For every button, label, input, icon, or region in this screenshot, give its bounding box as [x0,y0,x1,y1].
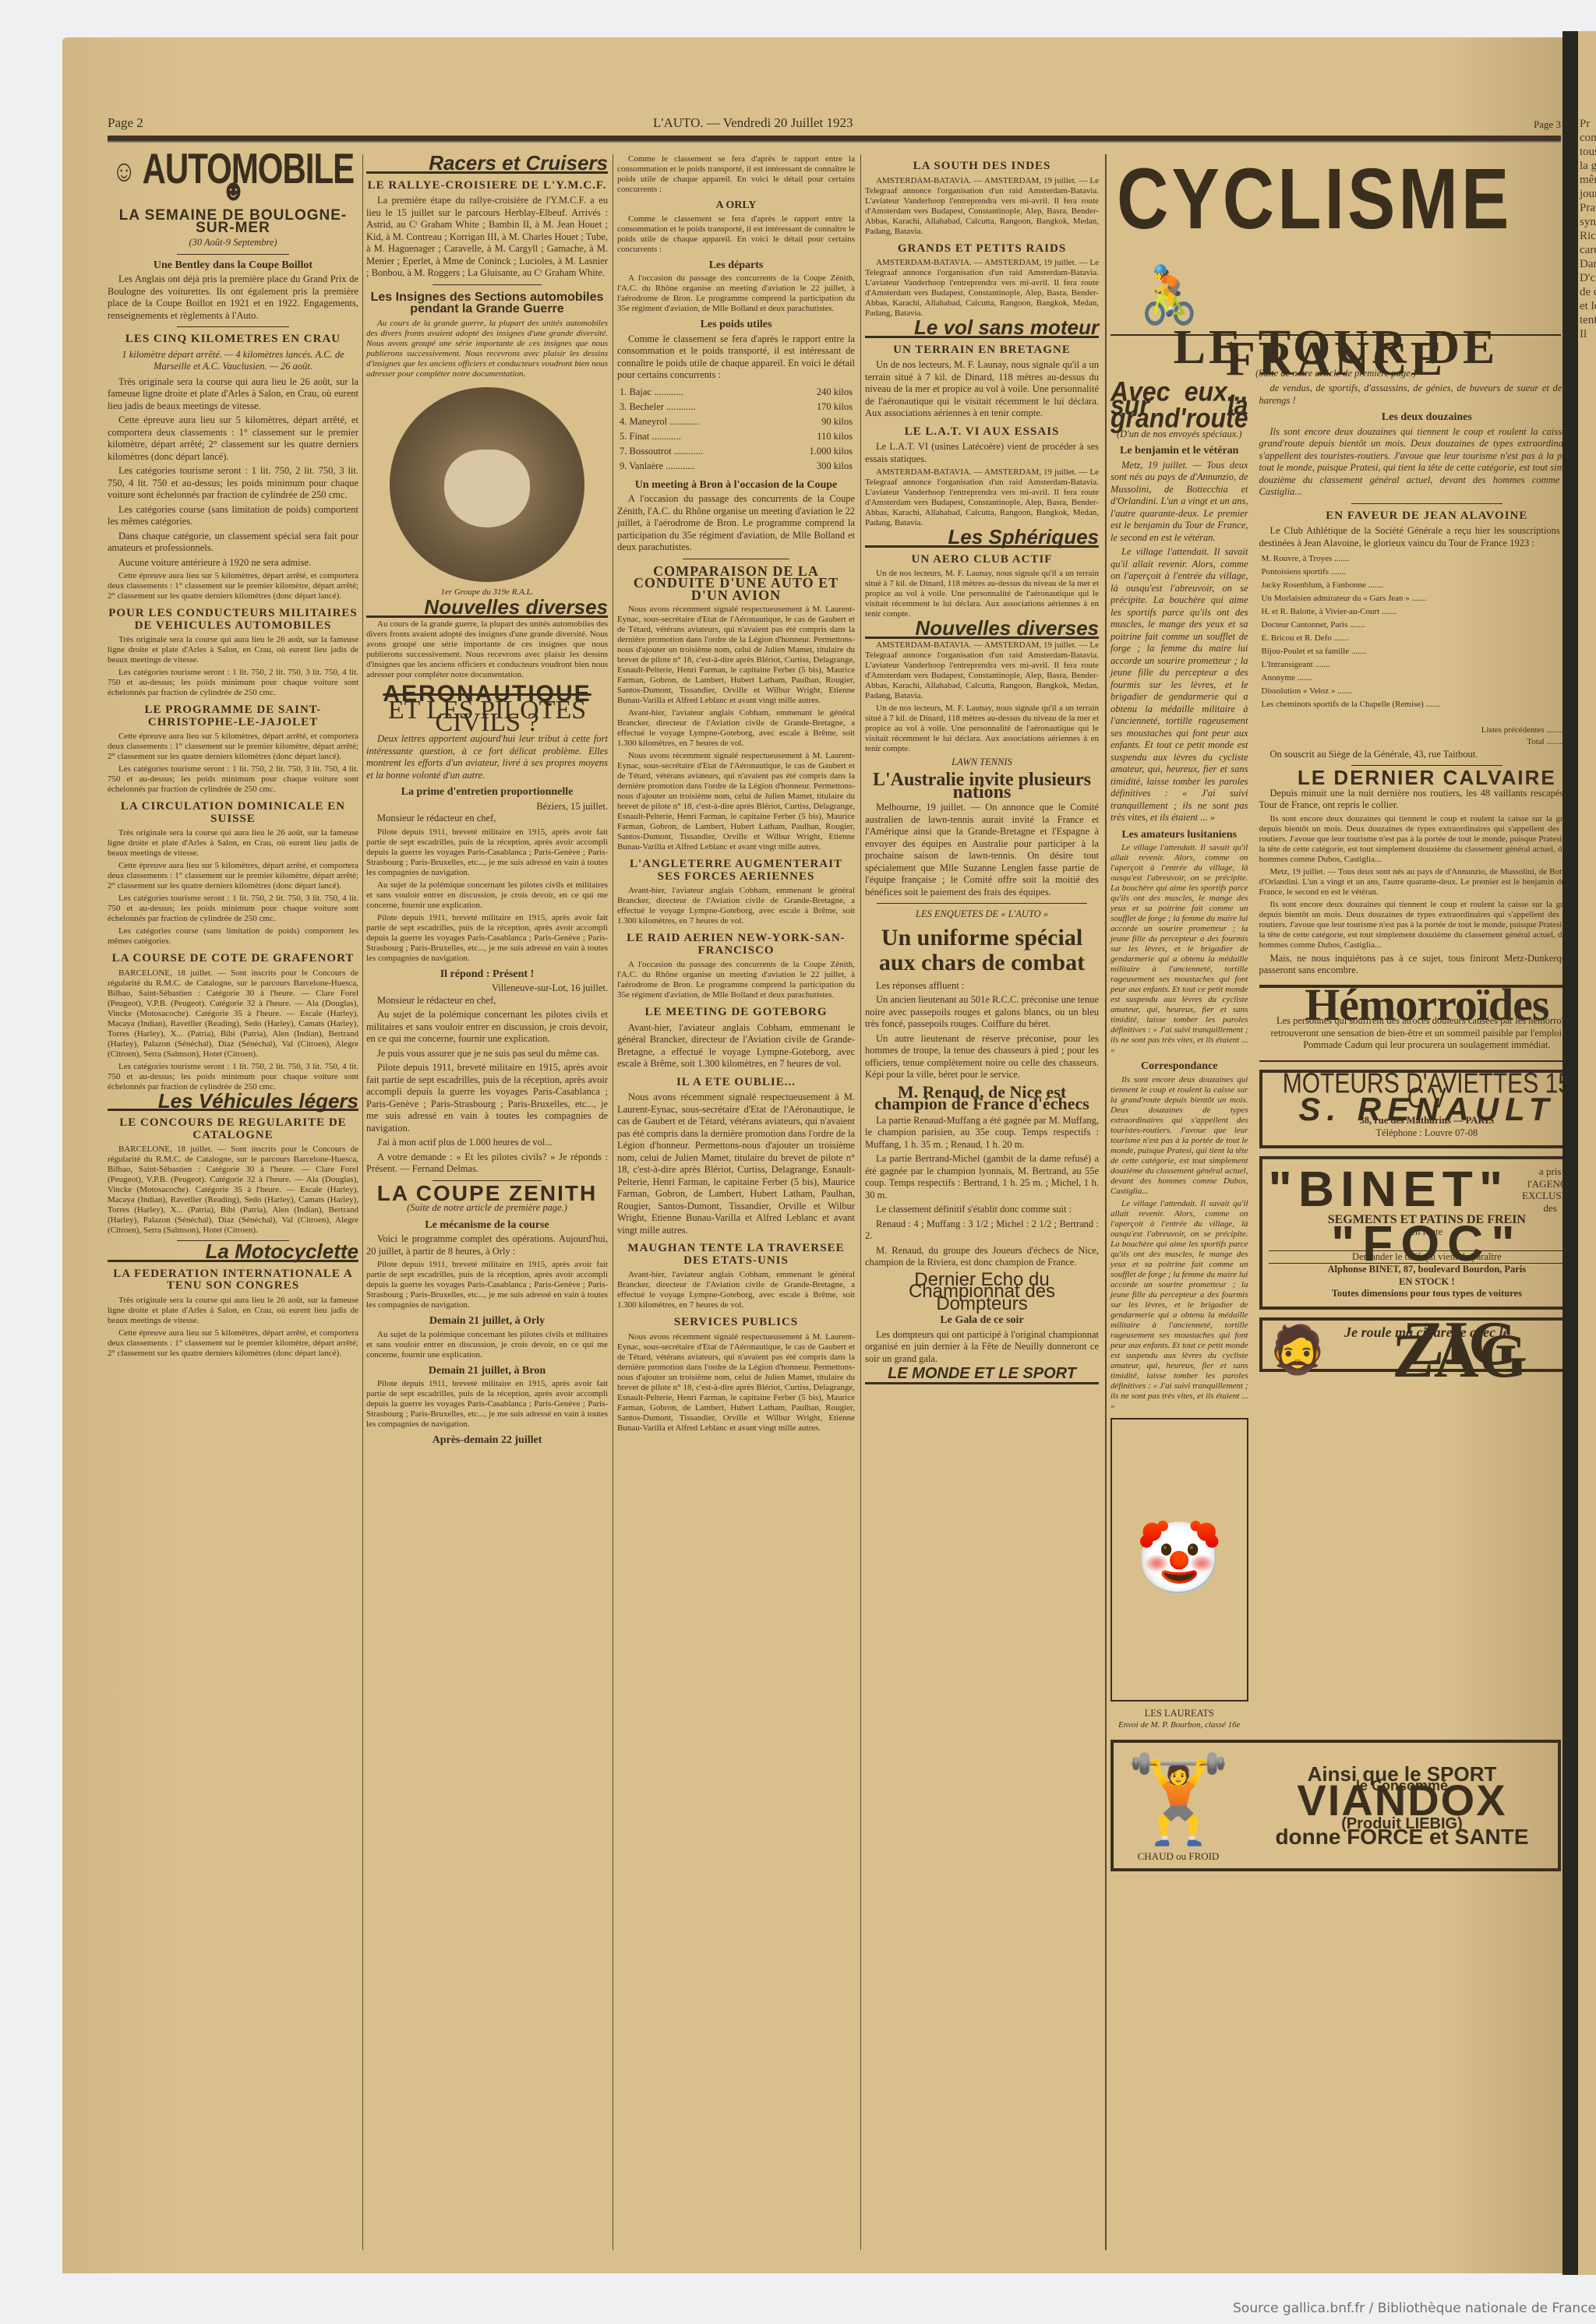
weights-row: 3. Becheler ............170 kilos [619,400,853,414]
article-heading: Demain 21 juillet, à Bron [366,1365,608,1377]
caricature-credit: Envoi de M. P. Bourbon, classé 16e [1110,1719,1248,1732]
separator [177,326,290,327]
filler-text: Les catégories tourisme seront : 1 lit. … [108,1062,358,1092]
article-heading: Le Gala de ce soir [865,1314,1099,1327]
article-heading: Un meeting à Bron à l'occasion de la Cou… [617,479,855,492]
article-heading: A ORLY [617,199,855,212]
subscription-row: L'Intransigeant .......200 fr. [1261,659,1594,671]
article-title: GRANDS ET PETITS RAIDS [865,243,1099,256]
article-text: Le village l'attendait. Il savait qu'il … [1110,546,1248,824]
spheriques-rubric: Les Sphériques [865,531,1099,548]
article-text: Très originale sera la course qui aura l… [108,376,358,413]
article-title: IL A ETE OUBLIE... [617,1077,855,1089]
article-text: Je puis vous assurer que je ne suis pas … [366,1048,608,1060]
article-text: Comme le classement se fera d'après le r… [617,333,855,382]
article-heading: Une Bentley dans la Coupe Boillot [108,259,358,272]
adjacent-page-edge: Prcombtousla gmêmejourdPratesyn,Richacar… [1578,31,1596,2275]
article-text: AMSTERDAM-BATAVIA. — AMSTERDAM, 19 juill… [865,258,1099,319]
article-heading: Le benjamin et le vétéran [1110,445,1248,457]
ad-hemorroides: Hémorroïdes Les personnes qui souffrent … [1259,985,1595,1062]
racers-rubric: Racers et Cruisers [366,157,608,174]
article-subtitle: 1 kilomètre départ arrêté. — 4 kilomètre… [108,349,358,373]
weights-row: 5. Finat ............110 kilos [619,430,853,443]
article-title: L'ANGLETERRE AUGMENTERAIT SES FORCES AER… [617,859,855,883]
fragment-text: tentio [1578,313,1596,327]
filler-text: Pilote depuis 1911, breveté militaire en… [366,1379,608,1430]
filler-text: Les catégories course (sans limitation d… [108,926,358,947]
article-heading: Le mécanisme de la course [366,1219,608,1232]
fragment-text: de co [1578,285,1596,299]
article-title: UN TERRAIN EN BRETAGNE [865,344,1099,357]
article-text: La partie Renaud-Muffang a été gagnée pa… [865,1115,1099,1151]
article-heading: Les deux douzaines [1259,411,1595,424]
article-text: J'ai à mon actif plus de 1.000 heures de… [366,1137,608,1149]
article-text: La première étape du rallye-croisière de… [366,195,608,280]
column-aviation: LA SOUTH DES INDES AMSTERDAM-BATAVIA. — … [865,154,1099,1386]
cyclisme-rubric: CYCLISME🚴 [1117,154,1561,340]
caricature-illustration: 🤡 [1110,1418,1248,1702]
article-title: LE PROGRAMME DE SAINT-CHRISTOPHE-LE-JAJO… [108,704,358,728]
article-text: Un autre lieutenant de réserve préconise… [865,1033,1099,1081]
filler-text: Très originale sera la course qui aura l… [108,635,358,665]
filler-text: Comme le classement se fera d'après le r… [617,154,855,195]
column-divider [362,154,363,2250]
article-text: Mais, ne nous inquiétons pas à ce sujet,… [1259,953,1595,977]
subscriptions-table: M. Rouvre, à Troyes .......10 fr.Pontois… [1259,552,1595,712]
subscription-row: Pontoisiens sportifs .......20 fr. [1261,566,1594,578]
article-text: Les catégories tourisme seront : 1 lit. … [108,465,358,502]
article-title: POUR LES CONDUCTEURS MILITAIRES DE VEHIC… [108,608,358,632]
fragment-text: même [1578,173,1596,187]
page-number-left: Page 2 [108,115,143,131]
article-intro: Deux lettres apportent aujourd'hui leur … [366,733,608,781]
filler-text: Avant-hier, l'aviateur anglais Cobham, e… [617,886,855,926]
dateline: Villeneuve-sur-Lot, 16 juillet. [366,982,608,995]
subscription-row: Jacky Rosenblum, à Fanbonne .......5 fr. [1261,580,1594,591]
subscription-row: Anonyme .......7 fr. [1261,672,1594,684]
column-divider [1105,154,1107,2250]
article-heading: Les départs [617,259,855,272]
article-text: Depuis minuit une la nuit dernière nos r… [1259,788,1595,812]
filler-text: AMSTERDAM-BATAVIA. — AMSTERDAM, 19 juill… [865,467,1099,528]
article-text: de vendus, de sportifs, d'assassins, de … [1259,383,1595,407]
article-title: LA SEMAINE DE BOULOGNE-SUR-MER [108,210,358,234]
filler-text: Cette épreuve aura lieu sur 5 kilomètres… [108,1328,358,1359]
ad-headline: Hémorroïdes [1266,999,1589,1011]
filler-text: Avant-hier, l'aviateur anglais Cobham, e… [617,708,855,749]
article-title: Dernier Echo du Championnat des Dompteur… [865,1274,1099,1310]
filler-text: Nous avons récemment signalé respectueus… [617,1332,855,1434]
masthead-dateline: L'AUTO. — Vendredi 20 Juillet 1923 [653,115,853,131]
article-text: Avant-hier, l'aviateur anglais Cobham, e… [617,1022,855,1070]
smoker-caricature-icon: 🧔 [1269,1345,1327,1357]
article-title: EN FAVEUR DE JEAN ALAVOINE [1259,510,1595,523]
salutation: Monsieur le rédacteur en chef, [366,813,608,825]
ad-text: Demander le tarif qui vient de paraître [1269,1250,1586,1264]
article-text: Les réponses affluent : [865,980,1099,993]
article-title: LE CONCOURS DE REGULARITE DE CATALOGNE [108,1117,358,1141]
filler-text: Au sujet de la polémique concernant les … [366,1330,608,1360]
filler-text: Avant-hier, l'aviateur anglais Cobham, e… [617,1270,855,1310]
article-text: Les dompteurs qui ont participé à l'orig… [865,1329,1099,1366]
article-title: LE RAID AERIEN NEW-YORK-SAN-FRANCISCO [617,933,855,957]
dateline: Béziers, 15 juillet. [366,801,608,813]
newspaper-page: Page 2 L'AUTO. — Vendredi 20 Juillet 192… [62,37,1562,2273]
ad-binet: "BINET" a pris l'AGENCE EXCLUSIVE des SE… [1259,1156,1595,1310]
article-text: Metz, 19 juillet. — Tous deux sont nés a… [1110,460,1248,545]
athlete-icon: 🏋 [1120,1749,1237,1850]
article-text: Le Club Athlétique de la Société Général… [1259,525,1595,549]
filler-text: Très originale sera la course qui aura l… [108,1296,358,1326]
weights-row: 9. Vanlaère ............300 kilos [619,460,853,473]
total: Total ........ 5.093 fr. [1259,736,1595,749]
filler-text: Le village l'attendait. Il savait qu'il … [1110,1199,1248,1412]
fragment-text: comb [1578,131,1596,145]
filler-text: AMSTERDAM-BATAVIA. — AMSTERDAM, 19 juill… [865,176,1099,237]
fragment-text: Il [1578,327,1596,341]
filler-text: Très originale sera la course qui aura l… [108,828,358,859]
fragment-text: D'c [1578,271,1596,285]
article-text: La partie Bertrand-Michel (gambit de la … [865,1153,1099,1201]
filler-text: Au cours de la grande guerre, la plupart… [366,619,608,680]
subscription-row: Les cheminots sportifs de la Chapelle (R… [1261,699,1594,711]
article-text: Dans chaque catégorie, un classement spé… [108,531,358,555]
article-text: M. Renaud, du groupe des Joueurs d'échec… [865,1245,1099,1269]
insignia-illustration [390,387,584,582]
filler-text: Les catégories tourisme seront : 1 lit. … [108,894,358,924]
column-automobile: ☺ AUTOMOBILE ☻ LA SEMAINE DE BOULOGNE-SU… [108,154,358,1361]
article-title: LE MEETING DE GOTEBORG [617,1007,855,1019]
filler-text: Le village l'attendait. Il savait qu'il … [1110,843,1248,1056]
header-rule [108,136,1561,143]
filler-text: Au sujet de la polémique concernant les … [366,880,608,911]
fragment-text: Pr [1578,117,1596,131]
fragment-text: Prate [1578,201,1596,215]
ad-renault: MOTEURS D'AVIETTES 15 C.V S. RENAULT 38,… [1259,1070,1595,1149]
subtotal: 553 fr. [1259,712,1595,725]
column-cyclisme: CYCLISME🚴 LE TOUR DE FRANCE (Suite de no… [1110,154,1561,1879]
article-heading: Il répond : Présent ! [366,968,608,981]
filler-text: Ils sont encore deux douzaines qui tienn… [1259,900,1595,950]
column-divider [613,154,613,2250]
ad-address: Alphonse BINET, 87, boulevard Bourdon, P… [1269,1264,1586,1276]
article-title: UN AERO CLUB ACTIF [865,554,1099,566]
ad-text: CHAUD ou FROID [1120,1850,1237,1863]
article-title: Avec eux... sur la grand'route [1110,386,1248,425]
ad-brand: "BINET" [1269,1183,1509,1196]
subscription-row: Dissolution « Veloz » .......200 fr. [1261,686,1594,697]
separator [177,254,290,255]
filler-text: AMSTERDAM-BATAVIA. — AMSTERDAM, 19 juill… [865,640,1099,701]
fragment-text: tous [1578,145,1596,159]
fragment-text: Danie [1578,257,1596,271]
article-text: Ils sont encore deux douzaines qui tienn… [1259,426,1595,499]
subcolumn-left: Avec eux... sur la grand'route (D'un de … [1110,383,1248,1732]
filler-text: Ils sont encore deux douzaines qui tienn… [1259,814,1595,865]
article-text: Au sujet de la polémique concernant les … [366,1009,608,1046]
page-number-right: Page 3 [1534,118,1561,131]
monde-et-sport-rubric: LE MONDE ET LE SPORT [865,1368,1099,1384]
article-title: Un uniforme spécial aux chars de combat [865,926,1099,975]
article-text: Melbourne, 19 juillet. — On annonce que … [865,802,1099,898]
weights-row: 4. Maneyrol ............90 kilos [619,415,853,428]
subscription-row: Bijou-Poulet et sa famille .......50 fr. [1261,646,1594,658]
article-heading: Demain 21 juillet, à Orly [366,1315,608,1328]
article-text: Aucune voiture antérieure à 1920 ne sera… [108,557,358,570]
book-binding [1562,31,1578,2275]
article-title: L'Australie invite plusieurs nations [865,774,1099,799]
column-zenith-continued: Comme le classement se fera d'après le r… [617,154,855,1436]
driver-caricature-icon: ☻ [221,183,245,199]
article-text: Un de nos lecteurs, M. F. Launay, nous s… [865,359,1099,420]
filler-text: Les catégories tourisme seront : 1 lit. … [108,668,358,698]
filler-text: Nous avons récemment signalé respectueus… [617,751,855,852]
caricature-figure-icon: 🤡 [1135,1553,1223,1566]
source-credit: Source gallica.bnf.fr / Bibliothèque nat… [1233,2301,1596,2316]
article-text: Les Anglais ont déjà pris la première pl… [108,273,358,322]
fragment-text: syn, [1578,215,1596,229]
fragment-text: et lo [1578,299,1596,313]
ad-brand: ZIG ZAG [1334,1338,1585,1363]
article-text: BARCELONE, 18 juillet. — Sont inscrits p… [108,1144,358,1236]
fragment-text: card, [1578,243,1596,257]
column-racers: Racers et Cruisers LE RALLYE-CROISIERE D… [366,154,608,1449]
filler-text: Cette épreuve aura lieu sur 5 kilomètres… [108,571,358,601]
fragment-text: jourd [1578,187,1596,201]
weights-row: 1. Bajac ............240 kilos [619,386,853,399]
driver-caricature-icon: ☺ [112,164,136,180]
article-title: M. Renaud, de Nice est champion de Franc… [865,1086,1099,1110]
cyclist-icon: 🚴 [1140,250,1202,340]
article-text: Nous avons récemment signalé respectueus… [617,1091,855,1236]
article-title: LE L.A.T. VI AUX ESSAIS [865,426,1099,439]
article-title: SERVICES PUBLICS [617,1317,855,1329]
previous-lists: Listes précédentes ........ 4.540 fr. [1259,725,1595,737]
filler-text: A l'occasion du passage des concurrents … [617,960,855,1000]
filler-text: Ils sont encore deux douzaines qui tienn… [1110,1075,1248,1197]
article-text: Voici le programme complet des opération… [366,1233,608,1257]
subscription-row: H. et R. Balotte, à Vivier-au-Court ....… [1261,606,1594,618]
article-text: Renaud : 4 ; Muffang : 3 1/2 ; Michel : … [865,1218,1099,1243]
ad-zigzag: Je roule ma cigarette avec le 🧔 ZIG ZAG [1259,1317,1595,1373]
separator [433,284,542,285]
filler-text: Un de nos lecteurs, M. F. Launay, nous s… [865,704,1099,754]
article-subtitle: (30 Août-9 Septembre) [108,237,358,249]
article-title: Les Insignes des Sections automobiles pe… [366,291,608,316]
salutation: Monsieur le rédacteur en chef, [366,995,608,1007]
vol-sans-moteur-rubric: Le vol sans moteur [865,322,1099,338]
article-title: LA COURSE DE COTE DE GRAFENORT [108,953,358,965]
ad-headline: MOTEURS D'AVIETTES 15 C.V [1269,1077,1586,1106]
lawn-tennis-rubric: LAWN TENNIS [865,756,1099,769]
filler-text: Nous avons récemment signalé respectueus… [617,605,855,706]
article-text: A votre demande : « Et les pilotes civil… [366,1151,608,1176]
separator [877,903,1087,904]
filler-text: BARCELONE, 18 juillet. — Sont inscrits p… [108,968,358,1060]
separator [1351,503,1502,504]
article-heading: La prime d'entretien proportionnelle [366,786,608,799]
article-text: Un ancien lieutenant au 501e R.C.C. préc… [865,994,1099,1031]
page-header: Page 2 L'AUTO. — Vendredi 20 Juillet 192… [108,115,1561,131]
subscription-row: M. Rouvre, à Troyes .......10 fr. [1261,553,1594,565]
article-text: Le classement définitif s'établit donc c… [865,1204,1099,1216]
article-title: MAUGHAN TENTE LA TRAVERSEE DES ETATS-UNI… [617,1243,855,1267]
article-title: ET LES PILOTES CIVILS ? [366,704,608,728]
filler-text: Pilote depuis 1911, breveté militaire en… [366,913,608,964]
article-text: Pilote depuis 1911, breveté militaire en… [366,1062,608,1134]
article-title: LA COUPE ZENITH [366,1187,608,1200]
filler-text: Pilote depuis 1911, breveté militaire en… [366,1260,608,1310]
ad-phone: Téléphone : Louvre 07-08 [1269,1127,1586,1140]
subscription-row: Docteur Cantonnet, Paris .......5 fr. [1261,619,1594,631]
article-title: LES CINQ KILOMETRES EN CRAU [108,333,358,346]
article-text: Les catégories course (sans limitation d… [108,504,358,528]
article-text: A l'occasion du passage des concurrents … [617,493,855,554]
nouvelles-diverses-rubric: Nouvelles diverses [366,601,608,618]
filler-text: Metz, 19 juillet. — Tous deux sont nés a… [1259,867,1595,898]
article-heading: Correspondance [1110,1060,1248,1073]
filler-text: Comme le classement se fera d'après le r… [617,214,855,255]
filler-text: Un de nos lecteurs, M. F. Launay, nous s… [865,569,1099,619]
article-text: Cette épreuve aura lieu sur 5 kilomètres… [108,414,358,463]
article-title: COMPARAISON DE LA CONDUITE D'UNE AUTO ET… [617,566,855,602]
weights-table: 1. Bajac ............240 kilos3. Bechele… [617,384,855,474]
ad-text: EN STOCK ! [1269,1276,1586,1289]
subscription-row: Un Morlaisien admirateur du « Gars Jean … [1261,593,1594,605]
article-intro: Au cours de la grande guerre, la plupart… [366,319,608,379]
article-heading: Les amateurs lusitaniens [1110,829,1248,841]
ad-brand: "FOC" [1269,1238,1586,1250]
motocyclette-rubric: La Motocyclette [108,1246,358,1262]
article-title: LA FEDERATION INTERNATIONALE A TENU SON … [108,1268,358,1292]
article-title: LA SOUTH DES INDES [865,160,1099,173]
article-title: LE RALLYE-CROISIERE DE L'Y.M.C.F. [366,180,608,192]
ad-text: Toutes dimensions pour tous types de voi… [1269,1288,1586,1300]
nouvelles-diverses-rubric: Nouvelles diverses [865,622,1099,639]
article-heading: Après-demain 22 juillet [366,1434,608,1447]
automobile-rubric: ☺ AUTOMOBILE ☻ [108,160,358,199]
subscription-row: E. Bricou et R. Defo .......1 fr. [1261,633,1594,644]
filler-text: A l'occasion du passage des concurrents … [617,273,855,314]
enquetes-kicker: LES ENQUETES DE « L'AUTO » [865,908,1099,921]
article-title: LE DERNIER CALVAIRE [1259,772,1595,785]
article-heading: Les poids utiles [617,319,855,331]
article-text: On souscrit au Siège de la Générale, 43,… [1259,749,1595,761]
filler-text: Pilote depuis 1911, breveté militaire en… [366,827,608,878]
filler-text: Cette épreuve aura lieu sur 5 kilomètres… [108,861,358,891]
separator [683,559,789,559]
ad-viandox: 🏋 CHAUD ou FROID Ainsi que le SPORT le C… [1110,1740,1561,1872]
filler-text: Cette épreuve aura lieu sur 5 kilomètres… [108,732,358,762]
fragment-text: la g [1578,159,1596,173]
ad-text: Les personnes qui souffrent des atroces … [1266,1015,1589,1052]
column-divider [860,154,861,2250]
fragment-text: Richa [1578,229,1596,243]
caricature-caption: LES LAUREATS [1110,1708,1248,1720]
filler-text: Les catégories tourisme seront : 1 lit. … [108,764,358,795]
vehicules-legers-rubric: Les Véhicules légers [108,1095,358,1112]
article-text: Le L.A.T. VI (usines Latécoère) vient de… [865,441,1099,465]
article-title: LA CIRCULATION DOMINICALE EN SUISSE [108,801,358,825]
ad-text: donne FORCE et SANTE [1252,1831,1552,1843]
subcolumn-right: de vendus, de sportifs, d'assassins, de … [1259,383,1595,1732]
weights-row: 7. Bossoutrot ............1.000 kilos [619,445,853,458]
